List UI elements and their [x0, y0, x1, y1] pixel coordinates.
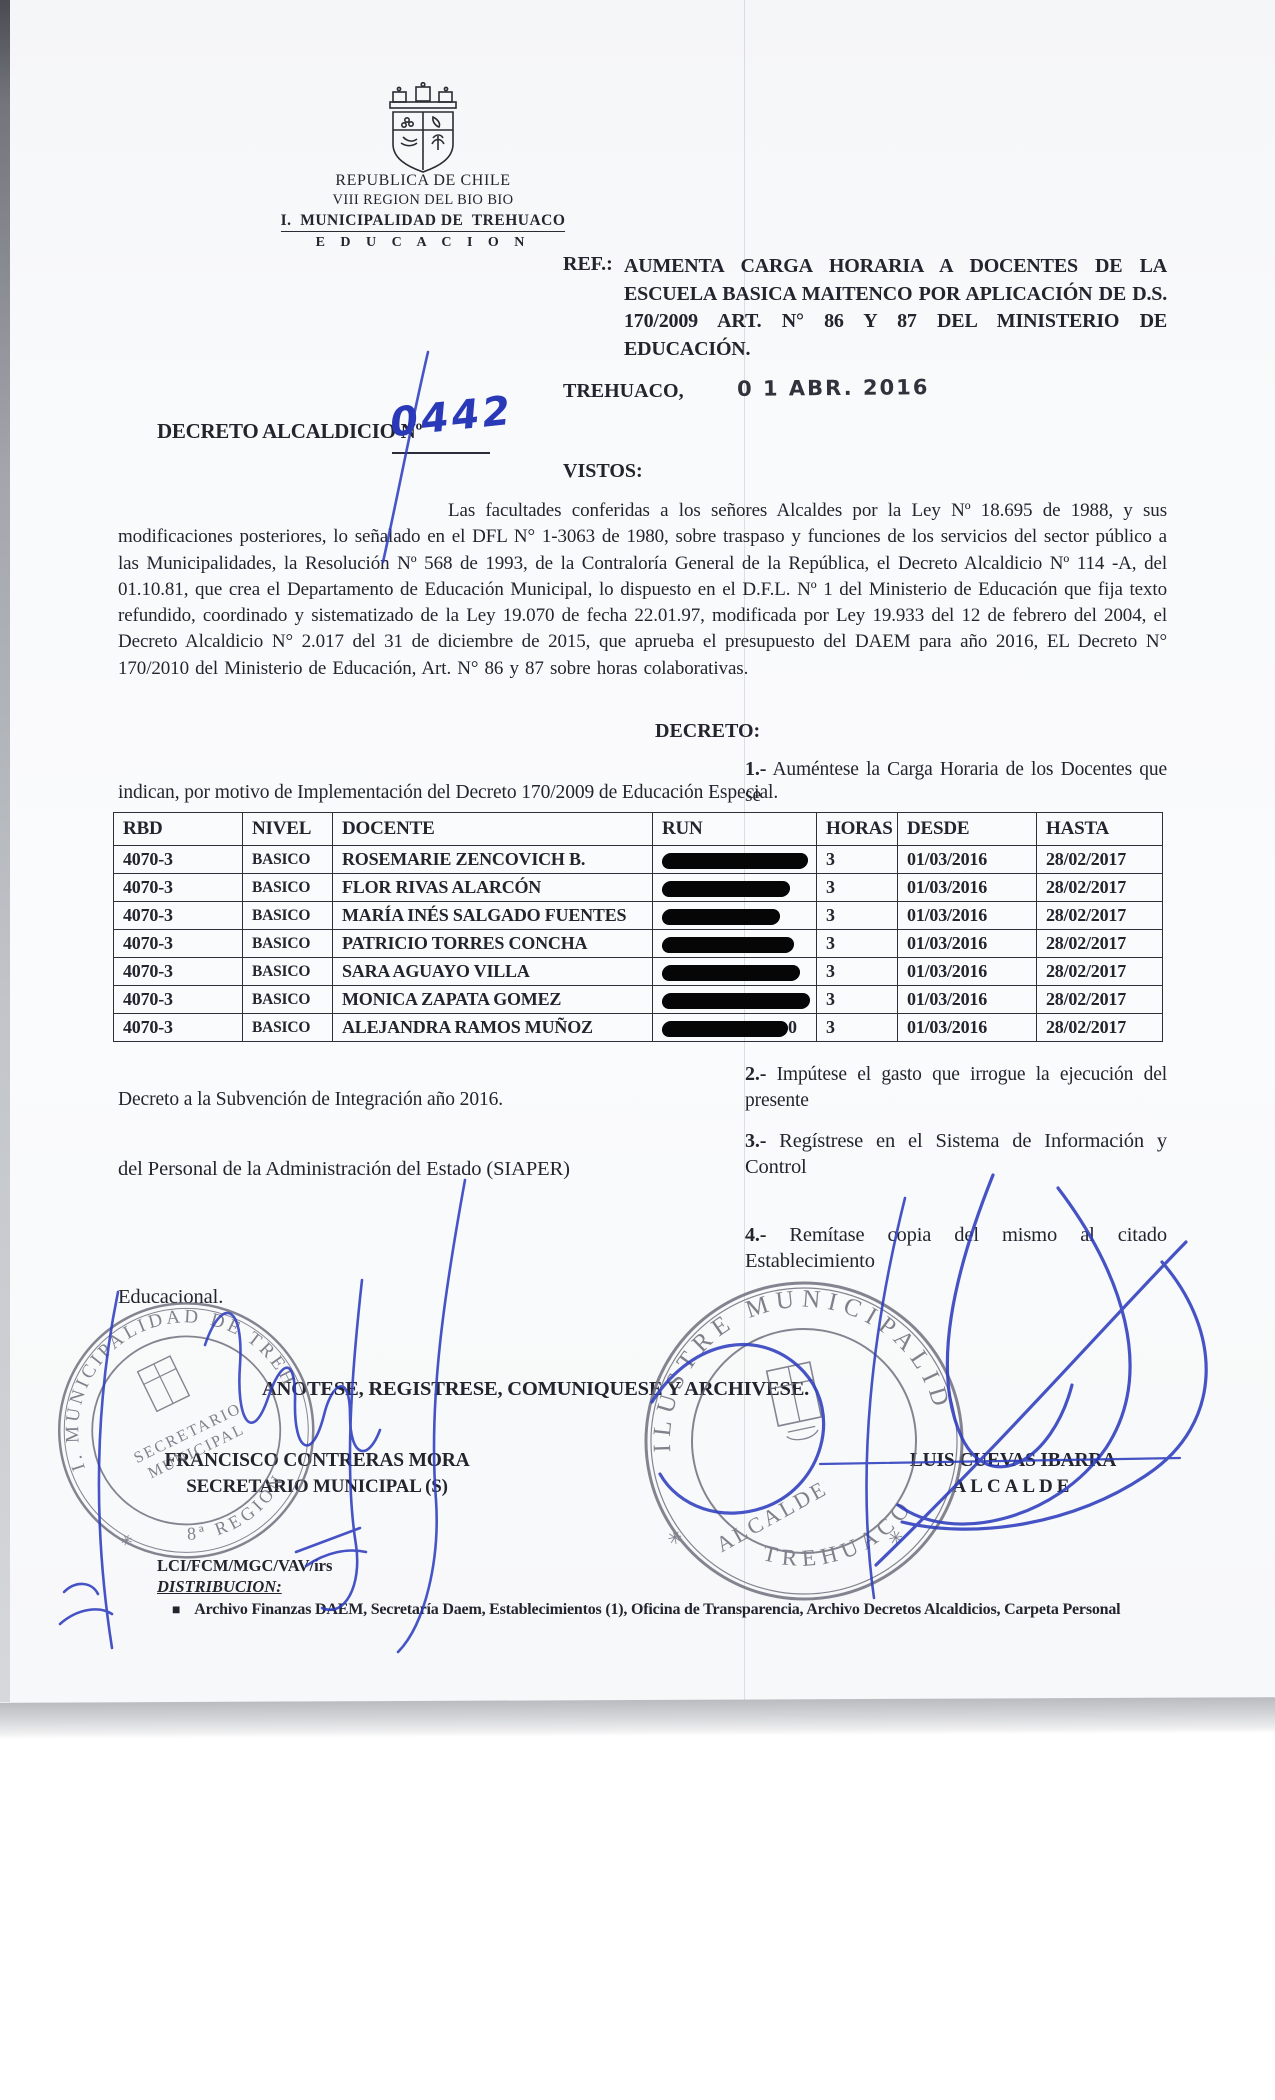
- scan-bottom-shadow: [0, 1697, 1275, 1739]
- ink-signatures-overlay: [0, 0, 1275, 2100]
- scanned-decree-document: REPUBLICA DE CHILE VIII REGION DEL BIO B…: [0, 0, 1275, 2100]
- decree-number-slash: [383, 352, 428, 562]
- mayor-signature: [652, 1175, 1206, 1598]
- secretary-signature: [60, 1180, 465, 1652]
